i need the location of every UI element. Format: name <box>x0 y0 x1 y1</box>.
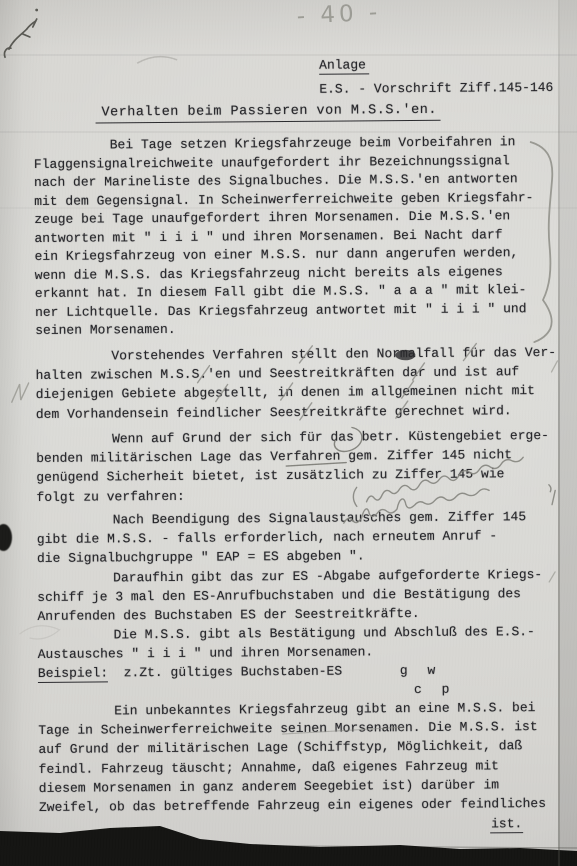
scanned-document-photo: - 40 - Anlage E.S. - Vorschrift Ziff.145… <box>0 0 577 866</box>
paragraph-5: Daraufhin gibt das zur ES -Abgabe aufgef… <box>37 567 559 629</box>
closing-word: ist. <box>490 816 523 833</box>
page-edge-shadow <box>560 0 577 866</box>
paragraph-3: Wenn auf Grund der sich für das betr. Kü… <box>36 428 559 509</box>
example-text: z.Zt. gültiges Buchstaben-ES <box>108 664 342 681</box>
document-title: Verhalten beim Passieren von M.S.S.'en. <box>95 103 441 124</box>
example-signal-letters-top: g w <box>400 663 442 678</box>
text-line: Austausches " i i i " und ihren Morsenam… <box>38 643 560 666</box>
pencil-curve-mark <box>137 56 177 63</box>
text-line: Zweifel, ob das betreffende Fahrzeug ein… <box>39 796 561 819</box>
example-signal-letters-bottom: c p <box>414 682 456 697</box>
document-sheet: - 40 - Anlage E.S. - Vorschrift Ziff.145… <box>0 0 577 866</box>
paragraph-1: Bei Tage setzen Kriegsfahrzeuge beim Vor… <box>34 134 558 342</box>
paragraph-7: Ein unbekanntes Kriegsfahrzeug gibt an e… <box>38 700 561 819</box>
paragraph-4: Nach Beendigung des Signalaustausches ge… <box>37 509 559 571</box>
annex-label: Anlage <box>319 57 369 74</box>
regulation-reference: E.S. - Vorschrift Ziff.145-146 <box>319 80 553 97</box>
example-line: Beispiel: z.Zt. gültiges Buchstaben-ES <box>38 664 342 681</box>
text-line: seinen Morsenamen. <box>35 319 557 342</box>
margin-check-mark <box>12 383 29 402</box>
paragraph-6: Die M.S.S. gibt als Bestätigung und Absc… <box>38 624 560 666</box>
text-line: folgt zu verfahren: <box>36 485 558 508</box>
handwritten-page-number: - 40 - <box>296 0 382 30</box>
ink-scribble-icon <box>4 9 38 58</box>
text-line: dem Vorhandensein feindlicher Seestreitk… <box>36 402 558 425</box>
paragraph-2: Vorstehendes Verfahren stellt den Normal… <box>35 345 558 426</box>
example-label: Beispiel: <box>38 665 108 683</box>
